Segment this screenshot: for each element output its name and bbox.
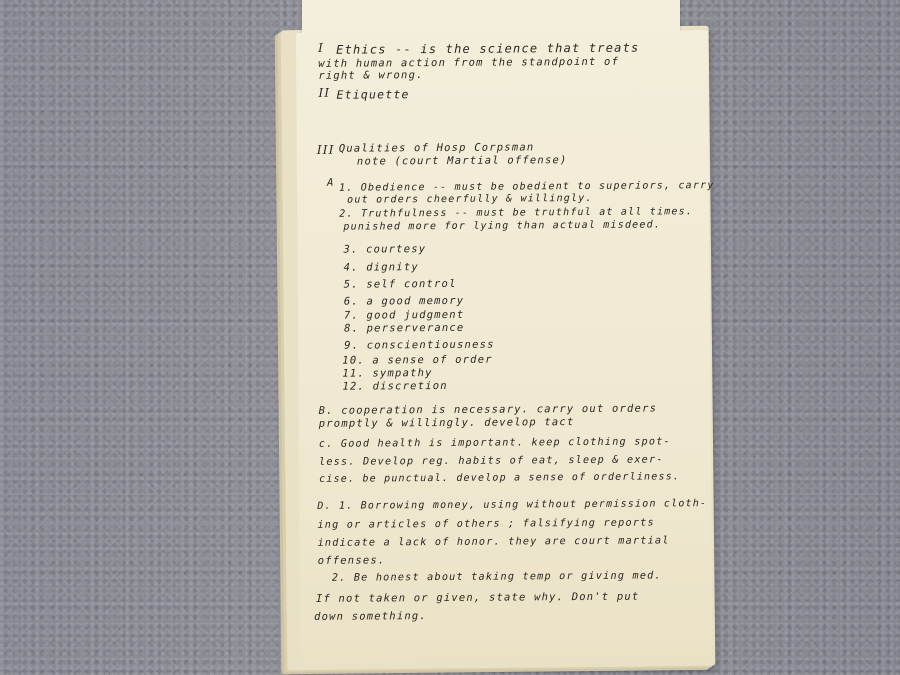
- section-3-title: Qualities of Hosp Corpsman: [339, 141, 535, 154]
- item-1-line-1: 1. Obedience -- must be obedient to supe…: [339, 180, 715, 194]
- part-b-line-2: promptly & willingly. develop tact: [319, 416, 575, 430]
- section-1-numeral: I: [318, 41, 324, 55]
- section-1-line-2: with human action from the standpoint of: [318, 56, 619, 70]
- part-d-line-6: If not taken or given, state why. Don't …: [316, 591, 640, 605]
- item-11: 11. sympathy: [342, 367, 432, 380]
- item-12: 12. discretion: [342, 380, 447, 393]
- part-c-line-1: c. Good health is important. keep clothi…: [319, 436, 671, 449]
- section-3-numeral: III: [317, 143, 335, 157]
- part-c-line-3: cise. be punctual. develop a sense of or…: [319, 471, 680, 485]
- item-8: 8. perserverance: [344, 322, 464, 335]
- section-1-line-3: right & wrong.: [318, 69, 423, 82]
- item-5: 5. self control: [344, 278, 457, 291]
- item-4: 4. dignity: [344, 261, 419, 274]
- notebook-page: I Ethics -- is the science that treats w…: [296, 30, 712, 663]
- part-d-line-1: D. 1. Borrowing money, using without per…: [317, 498, 707, 512]
- item-10: 10. a sense of order: [342, 354, 493, 367]
- section-1-line-1: Ethics -- is the science that treats: [336, 41, 639, 57]
- item-9: 9. conscientiousness: [344, 339, 495, 352]
- section-2-numeral: II: [318, 86, 330, 100]
- part-b-line-1: B. cooperation is necessary. carry out o…: [319, 402, 658, 416]
- section-3-subtitle: note (court Martial offense): [357, 154, 568, 167]
- item-1-line-2: out orders cheerfully & willingly.: [347, 193, 593, 206]
- item-3: 3. courtesy: [343, 243, 426, 256]
- part-d-line-3: indicate a lack of honor. they are court…: [318, 535, 670, 548]
- part-a-label: A: [327, 177, 335, 189]
- section-2-title: Etiquette: [336, 87, 409, 102]
- item-7: 7. good judgment: [344, 309, 464, 322]
- part-c-line-2: less. Develop reg. habits of eat, sleep …: [319, 454, 664, 467]
- part-d-line-2: ing or articles of others ; falsifying r…: [317, 518, 654, 531]
- part-d-line-4: offenses.: [318, 554, 386, 566]
- item-2-line-1: 2. Truthfulness -- must be truthful at a…: [339, 206, 693, 219]
- part-d-line-7: down something.: [314, 610, 427, 623]
- part-d-line-5: 2. Be honest about taking temp or giving…: [332, 570, 662, 583]
- item-2-line-2: punished more for lying than actual misd…: [343, 219, 661, 232]
- item-6: 6. a good memory: [344, 295, 464, 308]
